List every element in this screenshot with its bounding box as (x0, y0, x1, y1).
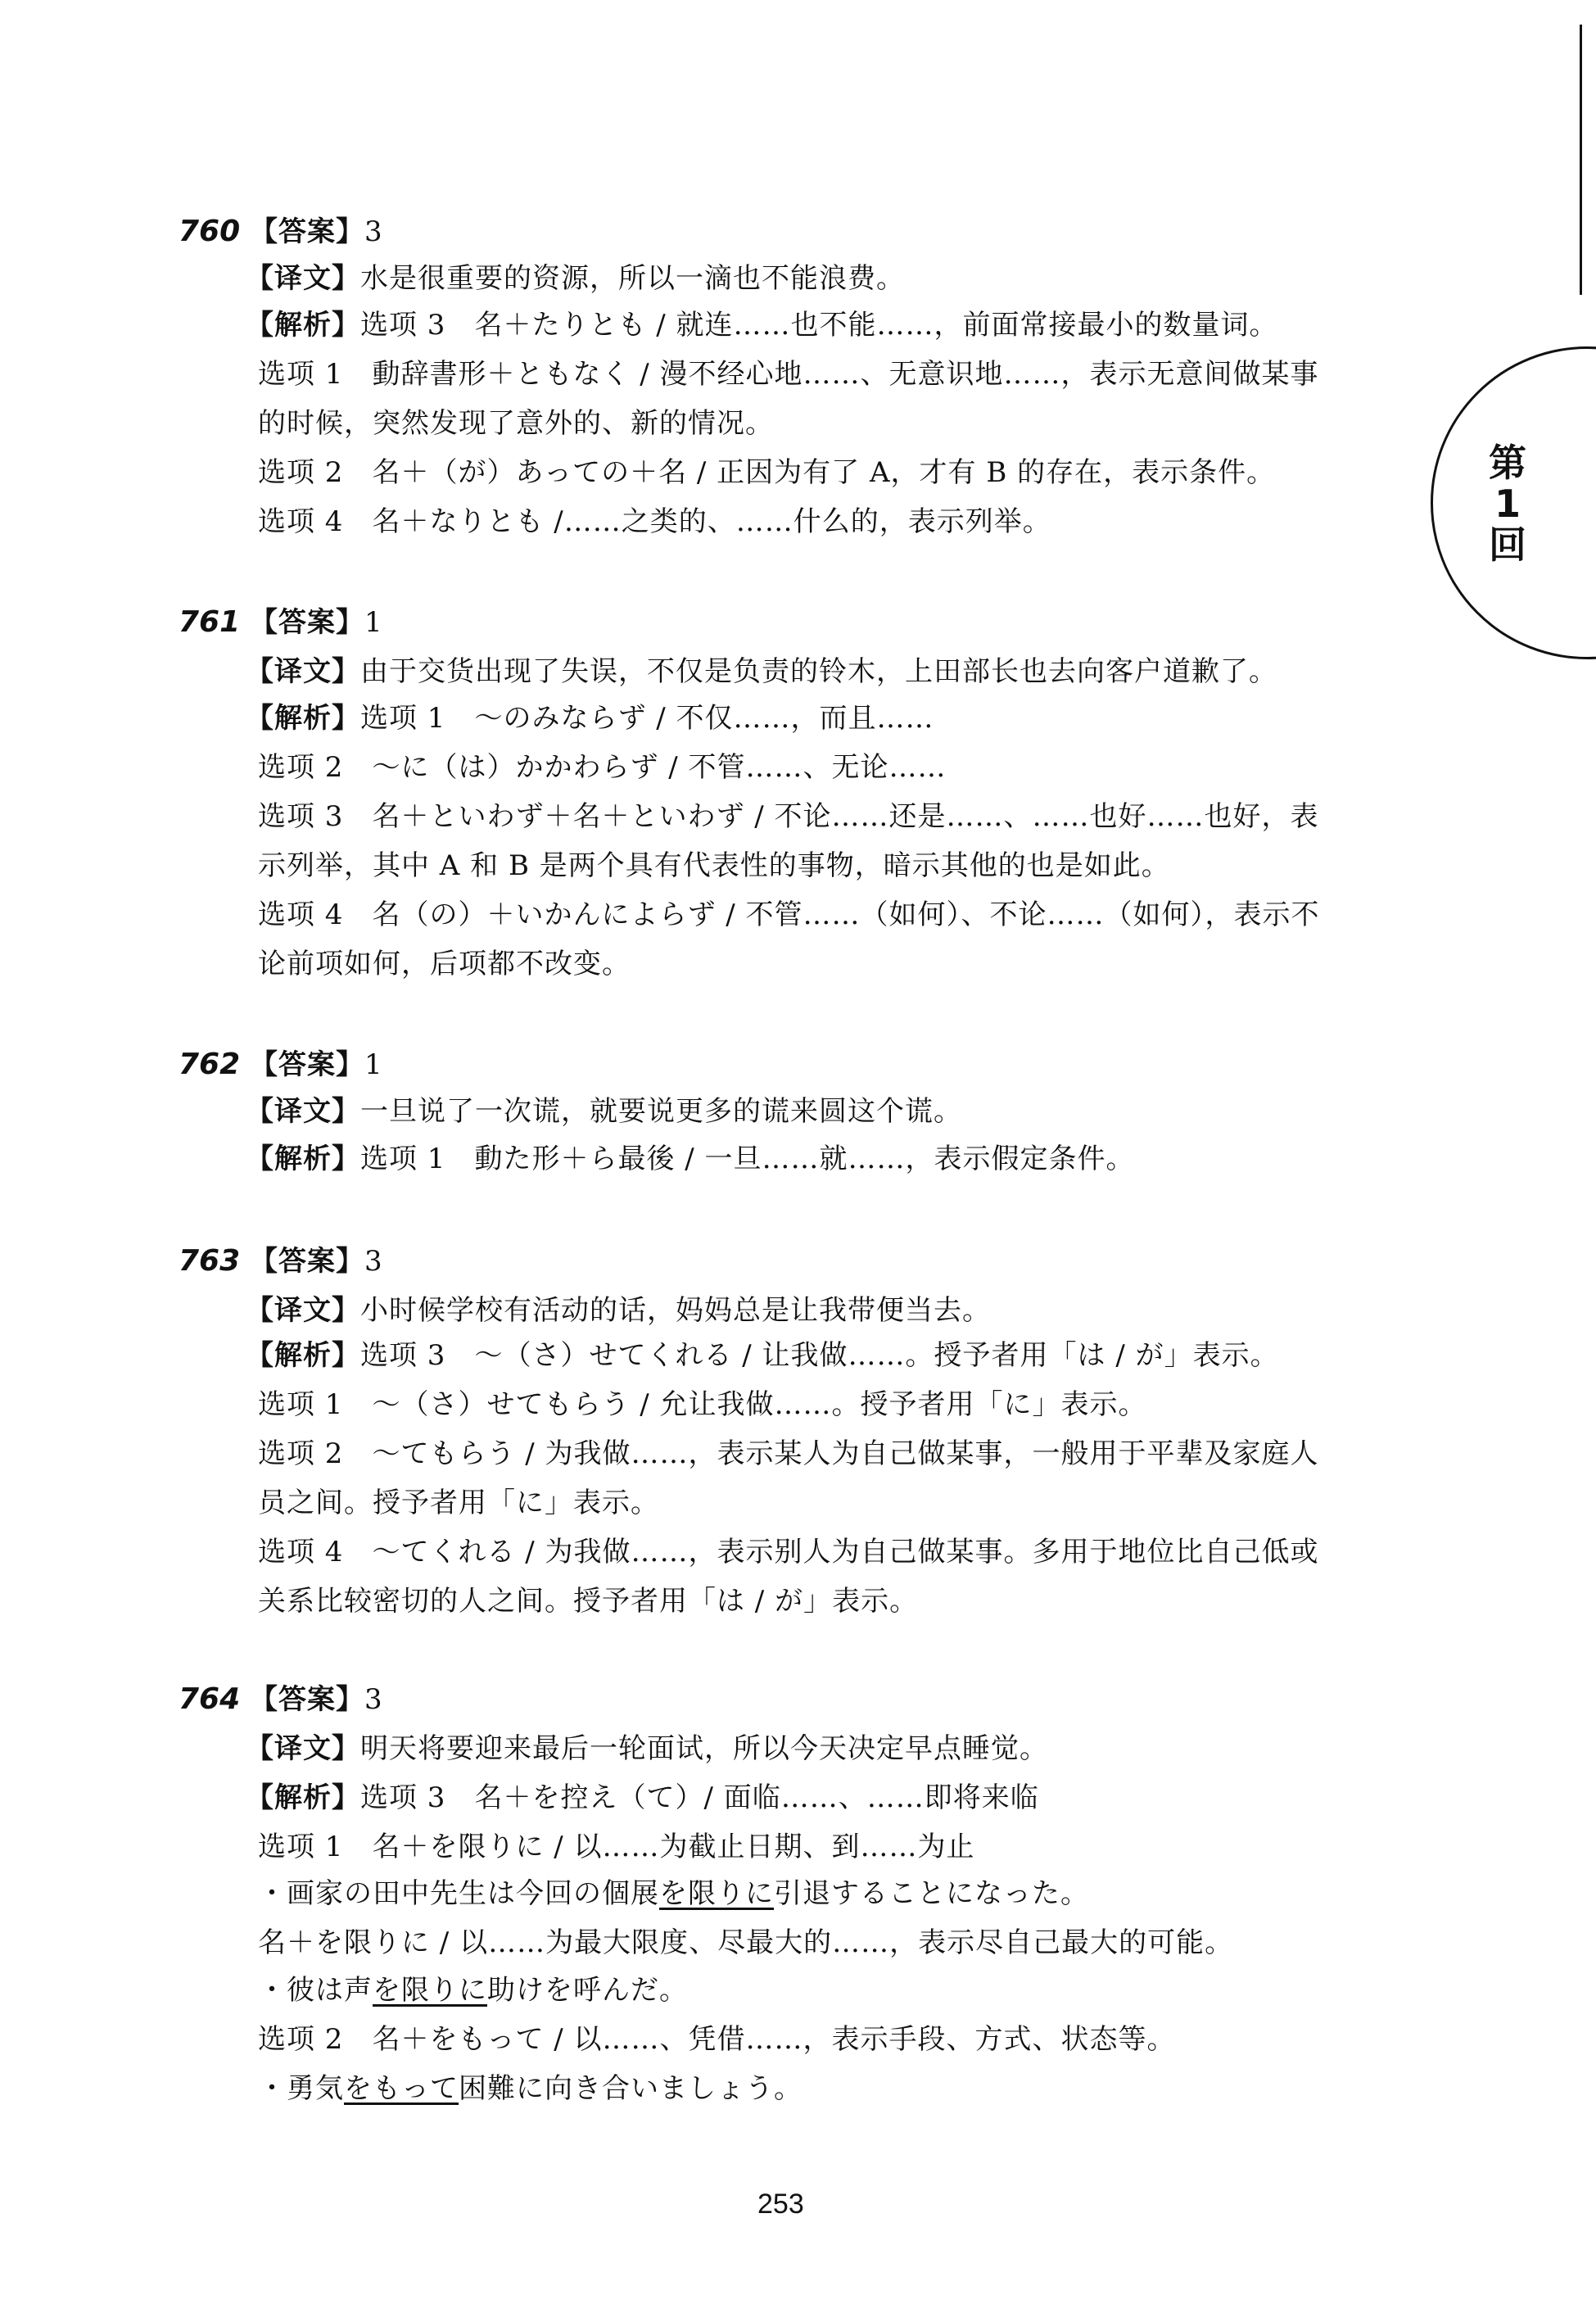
answer-label: 【答案】 (250, 606, 364, 639)
analysis-text: 选项 1 動た形＋ら最後 / 一旦……就……，表示假定条件。 (360, 1143, 1135, 1175)
answer-label: 【答案】 (250, 215, 364, 248)
answer-line: 764 【答案】3 (179, 1683, 383, 1716)
option-line: 选项 1 名＋を限りに / 以……为截止日期、到……为止 (258, 1831, 975, 1863)
answer-label: 【答案】 (250, 1048, 364, 1081)
example-underlined: を限りに (659, 1877, 774, 1910)
translation-label: 【译文】 (246, 1732, 360, 1765)
analysis-text: 选项 3 名＋を控え（て）/ 面临……、……即将来临 (360, 1781, 1039, 1814)
translation-line: 【译文】水是很重要的资源，所以一滴也不能浪费。 (246, 262, 905, 295)
translation-text: 明天将要迎来最后一轮面试，所以今天决定早点睡觉。 (360, 1732, 1048, 1765)
example-text: 引退することになった。 (774, 1877, 1089, 1910)
question-number: 763 (179, 1244, 240, 1278)
example-text: ・彼は声 (258, 1974, 373, 2007)
option-line: 选项 1 ～（さ）せてもらう / 允让我做……。授予者用「に」表示。 (258, 1388, 1147, 1421)
option-line: 选项 2 名＋をもって / 以……、凭借……，表示手段、方式、状态等。 (258, 2023, 1176, 2056)
answer-line: 760 【答案】3 (179, 215, 383, 248)
chapter-tab-char: 1 (1485, 483, 1530, 524)
question-number: 761 (179, 605, 240, 639)
analysis-label: 【解析】 (246, 702, 360, 735)
analysis-line: 【解析】选项 1 ～のみならず / 不仅……，而且…… (246, 702, 934, 735)
answer-label: 【答案】 (250, 1683, 364, 1716)
question-number: 760 (179, 215, 240, 248)
option-line: 选项 4 ～てくれる / 为我做……，表示别人为自己做某事。多用于地位比自己低或 (258, 1536, 1319, 1568)
translation-text: 小时候学校有活动的话，妈妈总是让我带便当去。 (360, 1294, 991, 1327)
chapter-tab-char: 第 (1485, 442, 1530, 483)
option-line: 选项 4 名＋なりとも /……之类的、……什么的，表示列举。 (258, 505, 1051, 538)
answer-line: 762 【答案】1 (179, 1048, 383, 1081)
option-line: 员之间。授予者用「に」表示。 (258, 1487, 659, 1519)
analysis-label: 【解析】 (246, 1339, 360, 1372)
analysis-line: 【解析】选项 3 ～（さ）せてくれる / 让我做……。授予者用「は / が」表示… (246, 1339, 1279, 1372)
answer-line: 761 【答案】1 (179, 606, 383, 639)
analysis-label: 【解析】 (246, 1781, 360, 1814)
example-text: ・勇気 (258, 2072, 344, 2105)
example-underlined: を限りに (373, 1974, 487, 2007)
answer-value: 3 (364, 1245, 383, 1278)
option-line: 关系比较密切的人之间。授予者用「は / が」表示。 (258, 1585, 918, 1618)
chapter-tab-char: 回 (1485, 524, 1530, 565)
example-text: ・画家の田中先生は今回の個展 (258, 1877, 659, 1910)
analysis-text: 选项 3 ～（さ）せてくれる / 让我做……。授予者用「は / が」表示。 (360, 1339, 1279, 1372)
option-line: 论前项如何，后项都不改变。 (258, 948, 631, 980)
example-sentence: ・彼は声を限りに助けを呼んだ。 (258, 1974, 688, 2007)
option-line: 选项 4 名（の）＋いかんによらず / 不管……（如何）、不论……（如何），表示… (258, 898, 1320, 931)
analysis-line: 【解析】选项 1 動た形＋ら最後 / 一旦……就……，表示假定条件。 (246, 1143, 1135, 1175)
analysis-label: 【解析】 (246, 309, 360, 342)
example-text: 助けを呼んだ。 (487, 1974, 688, 2007)
translation-line: 【译文】一旦说了一次谎，就要说更多的谎来圆这个谎。 (246, 1095, 962, 1128)
analysis-line: 【解析】选项 3 名＋を控え（て）/ 面临……、……即将来临 (246, 1781, 1039, 1814)
option-line: 选项 1 動辞書形＋ともなく / 漫不经心地……、无意识地……，表示无意间做某事 (258, 358, 1319, 391)
analysis-label: 【解析】 (246, 1143, 360, 1175)
translation-label: 【译文】 (246, 262, 360, 295)
translation-text: 水是很重要的资源，所以一滴也不能浪费。 (360, 262, 905, 295)
example-sentence: ・勇気をもって困難に向き合いましょう。 (258, 2072, 803, 2105)
answer-value: 3 (364, 1683, 383, 1716)
chapter-tab-label: 第 1 回 (1485, 442, 1530, 565)
option-line: 选项 3 名＋といわず＋名＋といわず / 不论……还是……、……也好……也好，表 (258, 800, 1319, 833)
option-line: 示列举，其中 A 和 B 是两个具有代表性的事物，暗示其他的也是如此。 (258, 849, 1170, 882)
answer-value: 1 (364, 1048, 383, 1081)
question-number: 762 (179, 1048, 240, 1081)
analysis-text: 选项 1 ～のみならず / 不仅……，而且…… (360, 702, 934, 735)
edge-line (1580, 25, 1582, 295)
option-line: 选项 2 名＋（が）あっての＋名 / 正因为有了 A，才有 B 的存在，表示条件… (258, 456, 1275, 489)
page-number: 253 (757, 2188, 804, 2220)
analysis-line: 【解析】选项 3 名＋たりとも / 就连……也不能……，前面常接最小的数量词。 (246, 309, 1278, 342)
example-text: 困難に向き合いましょう。 (459, 2072, 803, 2105)
translation-label: 【译文】 (246, 1294, 360, 1327)
option-line: 名＋を限りに / 以……为最大限度、尽最大的……，表示尽自己最大的可能。 (258, 1926, 1233, 1959)
translation-line: 【译文】小时候学校有活动的话，妈妈总是让我带便当去。 (246, 1294, 991, 1327)
answer-value: 3 (364, 215, 383, 248)
option-line: 的时候，突然发现了意外的、新的情况。 (258, 407, 774, 440)
example-underlined: をもって (344, 2072, 459, 2105)
translation-label: 【译文】 (246, 1095, 360, 1128)
answer-line: 763 【答案】3 (179, 1245, 383, 1278)
question-number: 764 (179, 1682, 240, 1716)
answer-label: 【答案】 (250, 1245, 364, 1278)
translation-line: 【译文】明天将要迎来最后一轮面试，所以今天决定早点睡觉。 (246, 1732, 1048, 1765)
option-line: 选项 2 ～に（は）かかわらず / 不管……、无论…… (258, 751, 947, 784)
analysis-text: 选项 3 名＋たりとも / 就连……也不能……，前面常接最小的数量词。 (360, 309, 1278, 342)
example-sentence: ・画家の田中先生は今回の個展を限りに引退することになった。 (258, 1877, 1089, 1910)
translation-label: 【译文】 (246, 655, 360, 688)
translation-text: 由于交货出现了失误，不仅是负责的铃木，上田部长也去向客户道歉了。 (360, 655, 1277, 688)
option-line: 选项 2 ～てもらう / 为我做……，表示某人为自己做某事，一般用于平辈及家庭人 (258, 1437, 1319, 1470)
translation-text: 一旦说了一次谎，就要说更多的谎来圆这个谎。 (360, 1095, 962, 1128)
translation-line: 【译文】由于交货出现了失误，不仅是负责的铃木，上田部长也去向客户道歉了。 (246, 655, 1277, 688)
answer-value: 1 (364, 606, 383, 639)
